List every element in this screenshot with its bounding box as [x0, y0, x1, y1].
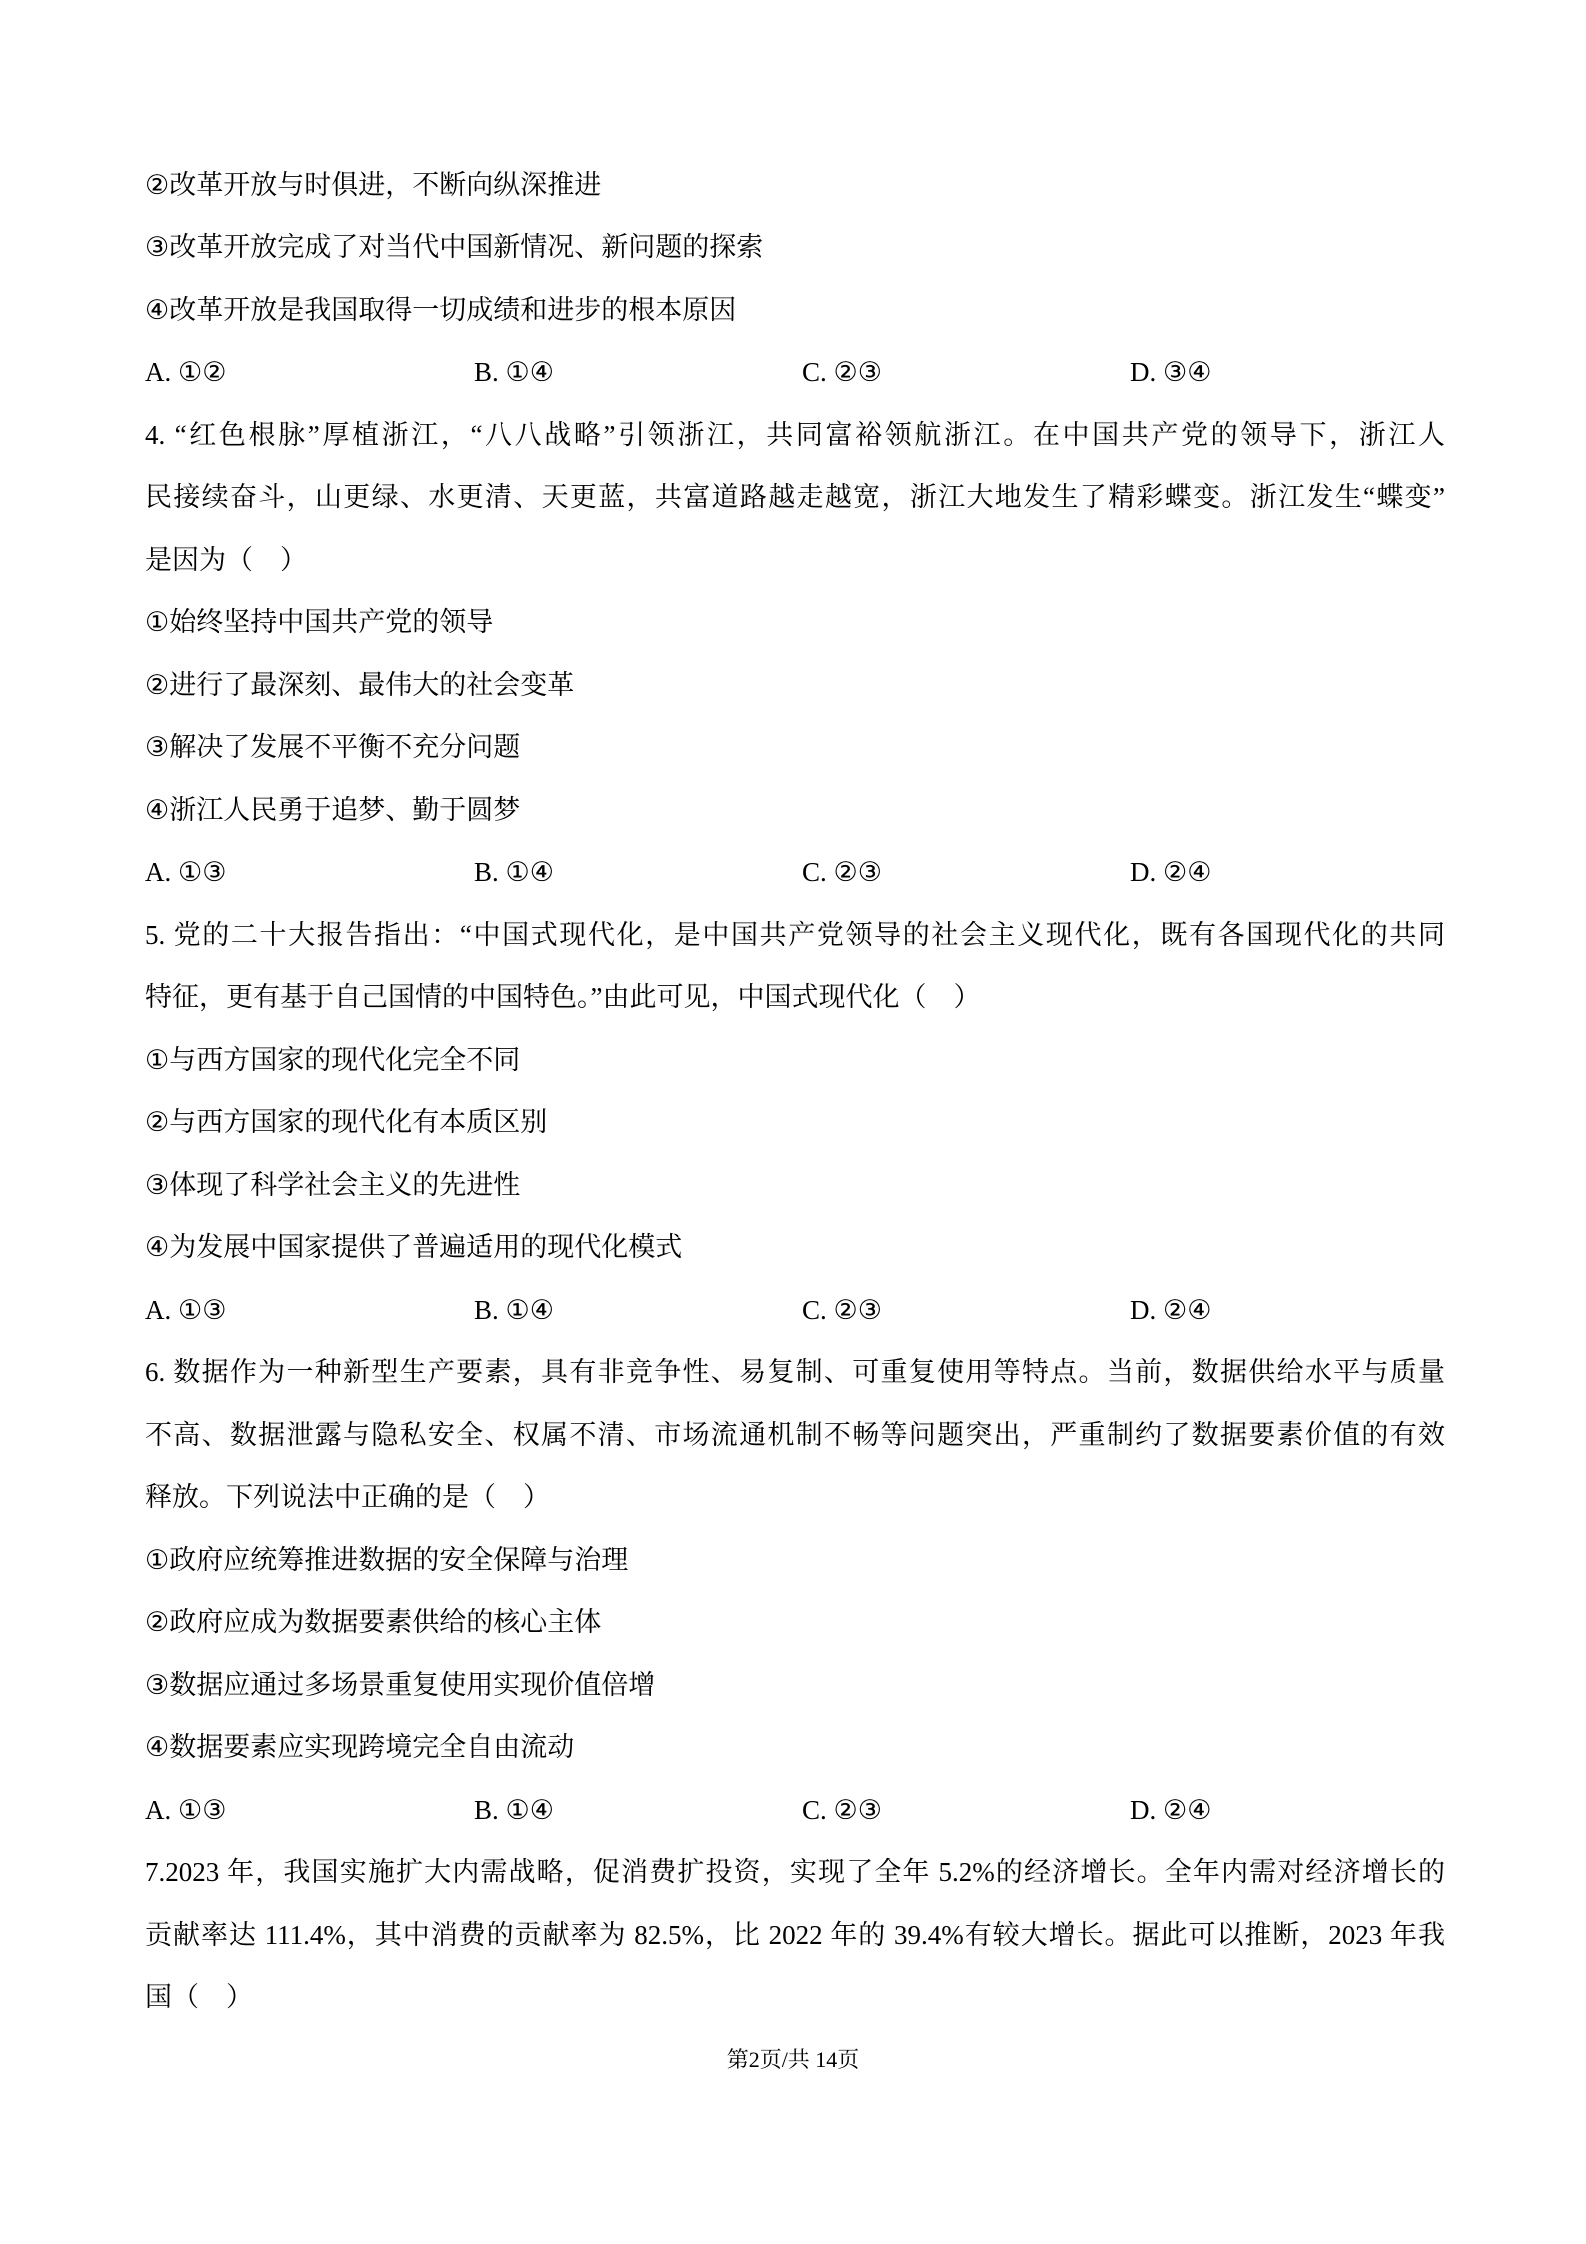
q5-choice-b: B. ①④: [474, 1279, 554, 1342]
question-5: 5. 党的二十大报告指出：“中国式现代化，是中国共产党领导的社会主义现代化，既有…: [145, 904, 1445, 1342]
q4-choice-d: D. ②④: [1130, 841, 1211, 904]
q6-option-1: ①政府应统筹推进数据的安全保障与治理: [145, 1529, 1445, 1592]
question-6: 6. 数据作为一种新型生产要素，具有非竞争性、易复制、可重复使用等特点。当前，数…: [145, 1341, 1445, 1841]
q6-choice-a: A. ①③: [145, 1779, 226, 1842]
q4-stem-line: 民接续奋斗，山更绿、水更清、天更蓝，共富道路越走越宽，浙江大地发生了精彩蝶变。浙…: [145, 466, 1445, 529]
q4-option-2: ②进行了最深刻、最伟大的社会变革: [145, 654, 1445, 717]
q6-choice-d: D. ②④: [1130, 1779, 1211, 1842]
q3-option-2: ②改革开放与时俱进，不断向纵深推进: [145, 154, 1445, 217]
q5-stem-line: 特征，更有基于自己国情的中国特色。”由此可见，中国式现代化（ ）: [145, 966, 1445, 1029]
q4-choice-b: B. ①④: [474, 841, 554, 904]
q4-option-3: ③解决了发展不平衡不充分问题: [145, 716, 1445, 779]
q5-choice-a: A. ①③: [145, 1279, 226, 1342]
q6-option-4: ④数据要素应实现跨境完全自由流动: [145, 1716, 1445, 1779]
q6-choices-row: A. ①③ B. ①④ C. ②③ D. ②④: [145, 1779, 1445, 1842]
q4-choice-a: A. ①③: [145, 841, 226, 904]
q6-choice-c: C. ②③: [802, 1779, 882, 1842]
q7-stem-line: 国（ ）: [145, 1966, 1445, 2029]
q4-option-1: ①始终坚持中国共产党的领导: [145, 591, 1445, 654]
question-7: 7.2023 年，我国实施扩大内需战略，促消费扩投资，实现了全年 5.2%的经济…: [145, 1841, 1445, 2029]
q3-option-3: ③改革开放完成了对当代中国新情况、新问题的探索: [145, 216, 1445, 279]
q6-choice-b: B. ①④: [474, 1779, 554, 1842]
q6-stem-line: 6. 数据作为一种新型生产要素，具有非竞争性、易复制、可重复使用等特点。当前，数…: [145, 1341, 1445, 1404]
q5-choice-c: C. ②③: [802, 1279, 882, 1342]
q4-stem-line: 4. “红色根脉”厚植浙江，“八八战略”引领浙江，共同富裕领航浙江。在中国共产党…: [145, 404, 1445, 467]
q3-choice-b: B. ①④: [474, 341, 554, 404]
q6-option-3: ③数据应通过多场景重复使用实现价值倍增: [145, 1654, 1445, 1717]
q7-stem-line: 7.2023 年，我国实施扩大内需战略，促消费扩投资，实现了全年 5.2%的经济…: [145, 1841, 1445, 1904]
q5-option-4: ④为发展中国家提供了普遍适用的现代化模式: [145, 1216, 1445, 1279]
q6-stem-line: 释放。下列说法中正确的是（ ）: [145, 1466, 1445, 1529]
q3-option-4: ④改革开放是我国取得一切成绩和进步的根本原因: [145, 279, 1445, 342]
q5-choice-d: D. ②④: [1130, 1279, 1211, 1342]
q3-choices-row: A. ①② B. ①④ C. ②③ D. ③④: [145, 341, 1445, 404]
q4-option-4: ④浙江人民勇于追梦、勤于圆梦: [145, 779, 1445, 842]
q4-choices-row: A. ①③ B. ①④ C. ②③ D. ②④: [145, 841, 1445, 904]
q5-stem-line: 5. 党的二十大报告指出：“中国式现代化，是中国共产党领导的社会主义现代化，既有…: [145, 904, 1445, 967]
page-number: 第2页/共 14页: [0, 2029, 1586, 2092]
q4-choice-c: C. ②③: [802, 841, 882, 904]
q7-stem-line: 贡献率达 111.4%，其中消费的贡献率为 82.5%，比 2022 年的 39…: [145, 1904, 1445, 1967]
q4-stem-line: 是因为（ ）: [145, 529, 1445, 592]
q5-choices-row: A. ①③ B. ①④ C. ②③ D. ②④: [145, 1279, 1445, 1342]
q6-stem-line: 不高、数据泄露与隐私安全、权属不清、市场流通机制不畅等问题突出，严重制约了数据要…: [145, 1404, 1445, 1467]
exam-document-page: ②改革开放与时俱进，不断向纵深推进 ③改革开放完成了对当代中国新情况、新问题的探…: [0, 0, 1586, 2244]
q3-choice-d: D. ③④: [1130, 341, 1211, 404]
q3-choice-a: A. ①②: [145, 341, 226, 404]
q6-option-2: ②政府应成为数据要素供给的核心主体: [145, 1591, 1445, 1654]
question-4: 4. “红色根脉”厚植浙江，“八八战略”引领浙江，共同富裕领航浙江。在中国共产党…: [145, 404, 1445, 904]
q3-choice-c: C. ②③: [802, 341, 882, 404]
q5-option-2: ②与西方国家的现代化有本质区别: [145, 1091, 1445, 1154]
q5-option-1: ①与西方国家的现代化完全不同: [145, 1029, 1445, 1092]
question-3-tail: ②改革开放与时俱进，不断向纵深推进 ③改革开放完成了对当代中国新情况、新问题的探…: [145, 154, 1445, 404]
q5-option-3: ③体现了科学社会主义的先进性: [145, 1154, 1445, 1217]
question-list: ②改革开放与时俱进，不断向纵深推进 ③改革开放完成了对当代中国新情况、新问题的探…: [145, 154, 1445, 2029]
